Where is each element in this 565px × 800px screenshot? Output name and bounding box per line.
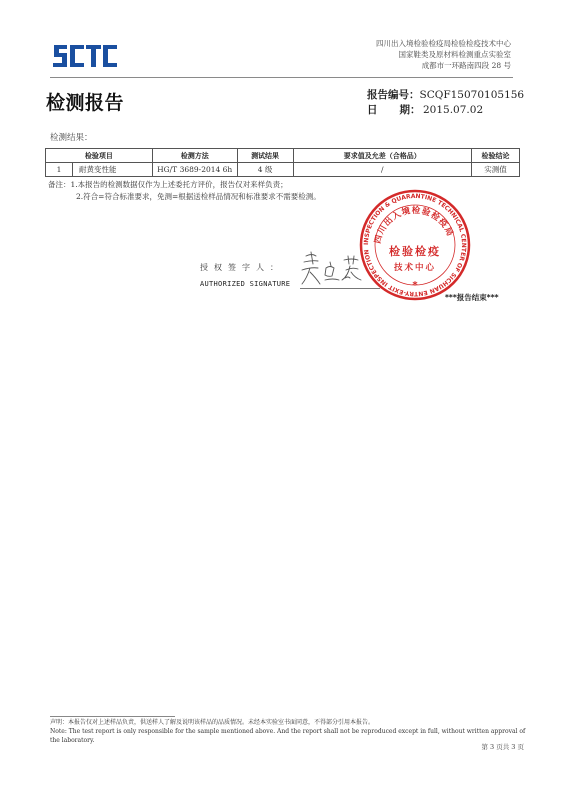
col-header-conclusion: 检验结论: [472, 149, 520, 163]
org-line: 成都市一环路南四段 28 号: [376, 60, 511, 71]
document-title: 检测报告: [46, 88, 124, 115]
footer-divider: [50, 716, 175, 717]
report-number-row: 报告编号：SCQF15070105156: [367, 88, 524, 103]
report-date-row: 日期：2015.07.02: [367, 103, 524, 118]
col-header-requirement: 要求值及允差（合格品）: [293, 149, 472, 163]
date-label-b: 期：: [400, 104, 421, 116]
report-end-mark: ***报告结束***: [445, 292, 499, 303]
cell-conclusion: 实测值: [472, 163, 520, 177]
date-label: 日期：: [367, 103, 423, 118]
report-number-label: 报告编号：: [367, 88, 420, 103]
handwritten-signature-icon: [298, 248, 368, 292]
authorized-signatory-label-cn: 授权签字人：: [200, 262, 284, 273]
col-header-method: 检测方法: [152, 149, 237, 163]
authorized-signatory-label-en: AUTHORIZED SIGNATURE: [200, 280, 290, 288]
svg-text:技术中心: 技术中心: [393, 262, 436, 273]
remark-1: 1.本报告的检测数据仅作为上述委托方评价，报告仅对来样负责；: [71, 180, 288, 189]
cell-requirement: /: [293, 163, 472, 177]
organization-address: 四川出入境检验检疫局检验检疫技术中心 国家鞋类及原材料检测重点实验室 成都市一环…: [376, 38, 511, 71]
cell-result: 4 级: [237, 163, 293, 177]
remark-line: 备注：1.本报告的检测数据仅作为上述委托方评价，报告仅对来样负责；: [48, 179, 321, 191]
svg-text:*: *: [412, 280, 418, 291]
official-seal-icon: INSPECTION & QUARANTINE TECHNICAL CENTER…: [358, 188, 472, 302]
cell-item: 耐黄变性能: [72, 163, 152, 177]
results-table: 检验项目 检测方法 测试结果 要求值及允差（合格品） 检验结论 1 耐黄变性能 …: [45, 148, 520, 177]
org-line: 国家鞋类及原材料检测重点实验室: [376, 49, 511, 60]
results-section-label: 检测结果：: [50, 131, 93, 143]
col-header-item: 检验项目: [46, 149, 153, 163]
statement-cn: 声明：本报告仅对上述样品负责，供送样人了解及说明该样品的品质情况。未经本实验室书…: [50, 718, 530, 727]
cell-method: HG/T 3689-2014 6h: [152, 163, 237, 177]
report-number: SCQF15070105156: [420, 89, 525, 101]
sctc-logo: [52, 42, 118, 70]
header-divider: [50, 77, 513, 78]
statement-en: Note: The test report is only responsibl…: [50, 727, 530, 745]
col-header-result: 测试结果: [237, 149, 293, 163]
table-row: 1 耐黄变性能 HG/T 3689-2014 6h 4 级 / 实测值: [46, 163, 520, 177]
remark-line: 2.符合=符合标准要求，免测=根据送检样品情况和标准要求不需要检测。: [48, 191, 321, 203]
report-meta: 报告编号：SCQF15070105156 日期：2015.07.02: [367, 88, 524, 118]
org-line: 四川出入境检验检疫局检验检疫技术中心: [376, 38, 511, 49]
date-label-a: 日: [367, 104, 378, 116]
remarks: 备注：1.本报告的检测数据仅作为上述委托方评价，报告仅对来样负责； 2.符合=符…: [48, 179, 321, 203]
svg-text:检验检疫: 检验检疫: [389, 244, 441, 258]
page-number: 第 3 页共 3 页: [481, 742, 524, 751]
remarks-label: 备注：: [48, 180, 71, 189]
table-header-row: 检验项目 检测方法 测试结果 要求值及允差（合格品） 检验结论: [46, 149, 520, 163]
report-date: 2015.07.02: [423, 104, 483, 116]
footer-statement: 声明：本报告仅对上述样品负责，供送样人了解及说明该样品的品质情况。未经本实验室书…: [50, 718, 530, 745]
cell-no: 1: [46, 163, 73, 177]
